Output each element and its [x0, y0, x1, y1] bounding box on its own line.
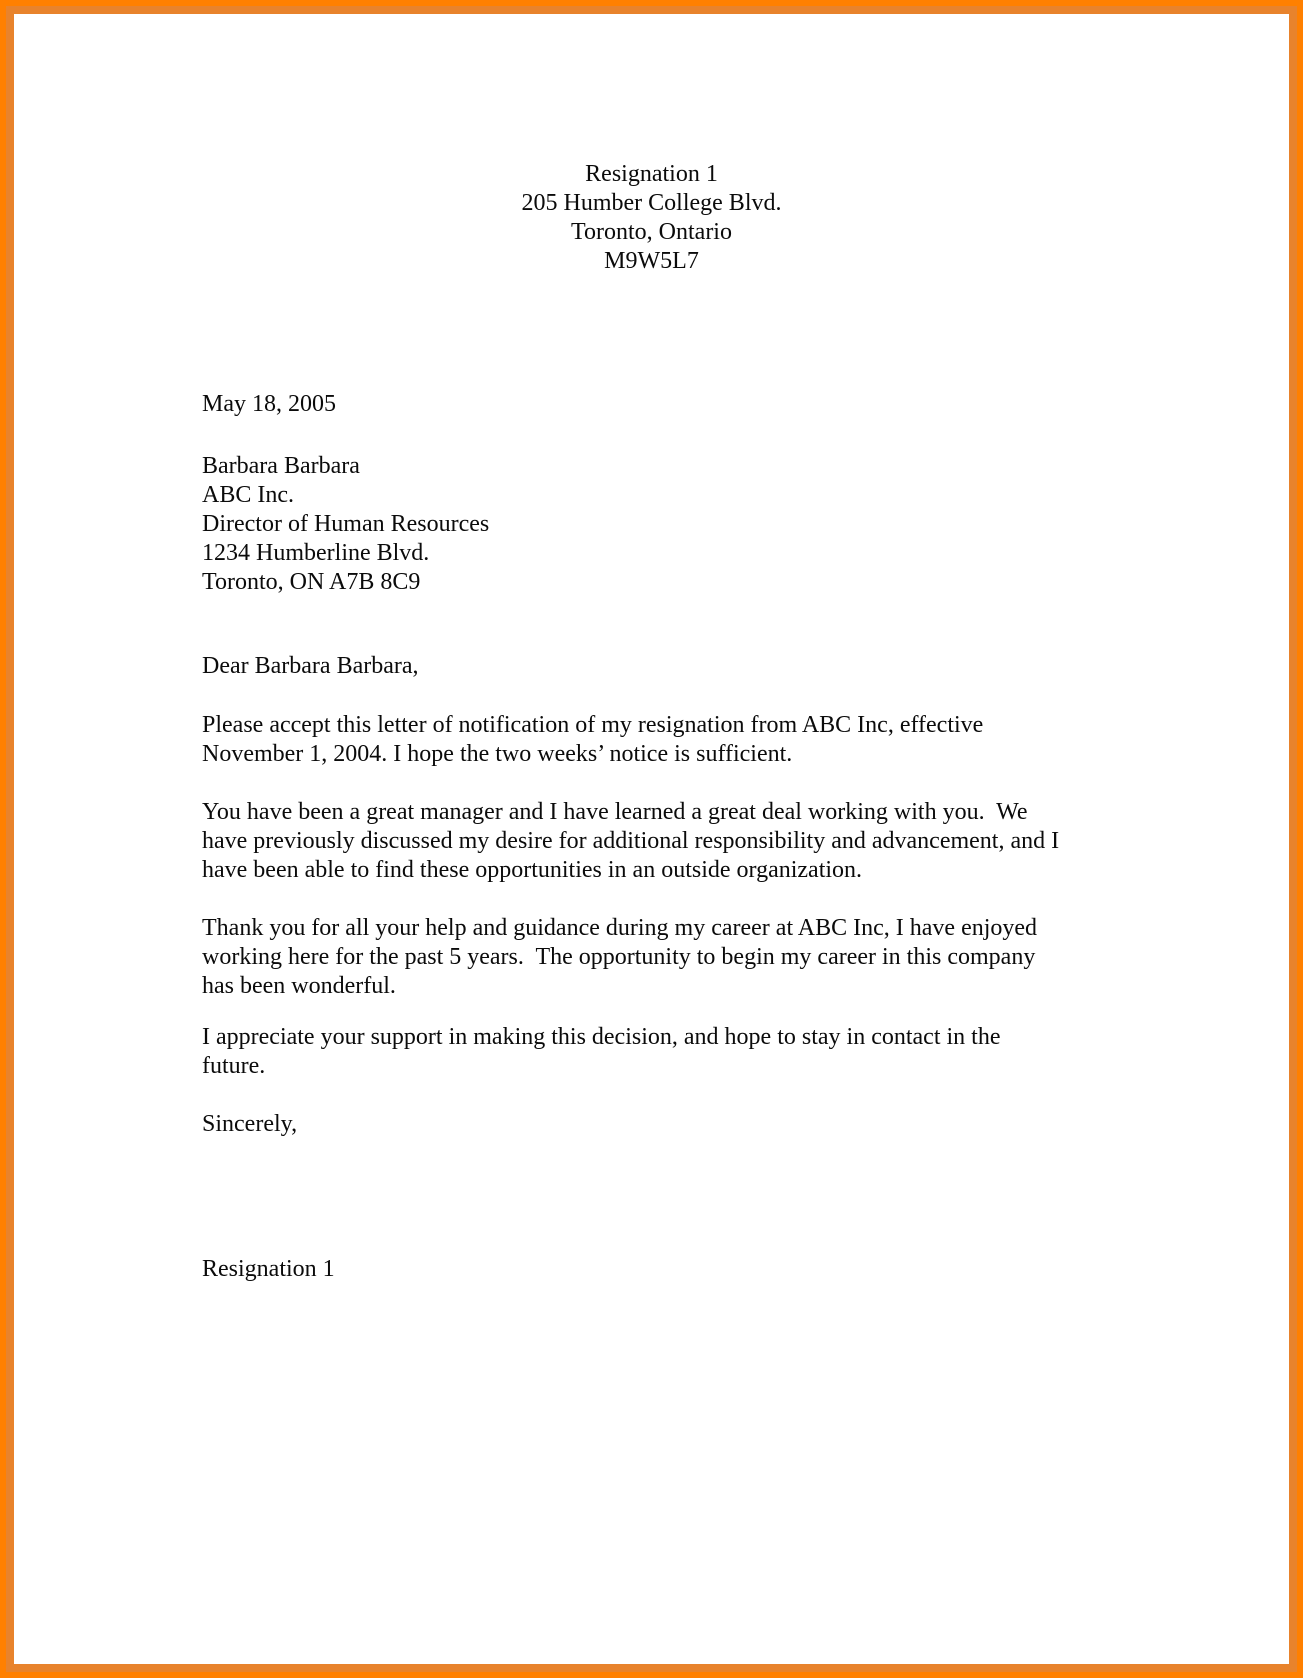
body-paragraph-1: Please accept this letter of notificatio…	[202, 711, 983, 769]
body-line: has been wonderful.	[202, 972, 1037, 1001]
body-line: working here for the past 5 years. The o…	[202, 943, 1037, 972]
signature: Resignation 1	[202, 1255, 335, 1284]
recipient-title: Director of Human Resources	[202, 510, 489, 539]
salutation: Dear Barbara Barbara,	[202, 652, 419, 681]
closing-line: Sincerely,	[202, 1110, 297, 1139]
body-line: November 1, 2004. I hope the two weeks’ …	[202, 740, 983, 769]
date-line: May 18, 2005	[202, 390, 336, 419]
body-paragraph-3: Thank you for all your help and guidance…	[202, 914, 1037, 1001]
body-line: I appreciate your support in making this…	[202, 1023, 1000, 1052]
body-line: Please accept this letter of notificatio…	[202, 711, 983, 740]
page-border-inner: Resignation 1 205 Humber College Blvd. T…	[6, 6, 1297, 1672]
body-line: You have been a great manager and I have…	[202, 798, 1059, 827]
sender-street: 205 Humber College Blvd.	[14, 189, 1289, 218]
body-line: have been able to find these opportuniti…	[202, 856, 1059, 885]
letter-page: Resignation 1 205 Humber College Blvd. T…	[14, 14, 1289, 1664]
body-line: future.	[202, 1052, 1000, 1081]
body-paragraph-2: You have been a great manager and I have…	[202, 798, 1059, 885]
letter-date: May 18, 2005	[202, 390, 336, 419]
recipient-city-postal: Toronto, ON A7B 8C9	[202, 568, 489, 597]
sender-city: Toronto, Ontario	[14, 218, 1289, 247]
signature-line: Resignation 1	[202, 1255, 335, 1284]
recipient-street: 1234 Humberline Blvd.	[202, 539, 489, 568]
page-border-outer: Resignation 1 205 Humber College Blvd. T…	[0, 0, 1303, 1678]
sender-address-block: Resignation 1 205 Humber College Blvd. T…	[14, 160, 1289, 276]
recipient-address-block: Barbara Barbara ABC Inc. Director of Hum…	[202, 452, 489, 597]
sender-postal-code: M9W5L7	[14, 247, 1289, 276]
recipient-company: ABC Inc.	[202, 481, 489, 510]
body-line: have previously discussed my desire for …	[202, 827, 1059, 856]
recipient-name: Barbara Barbara	[202, 452, 489, 481]
salutation-line: Dear Barbara Barbara,	[202, 652, 419, 681]
closing: Sincerely,	[202, 1110, 297, 1139]
sender-name: Resignation 1	[14, 160, 1289, 189]
body-paragraph-4: I appreciate your support in making this…	[202, 1023, 1000, 1081]
body-line: Thank you for all your help and guidance…	[202, 914, 1037, 943]
